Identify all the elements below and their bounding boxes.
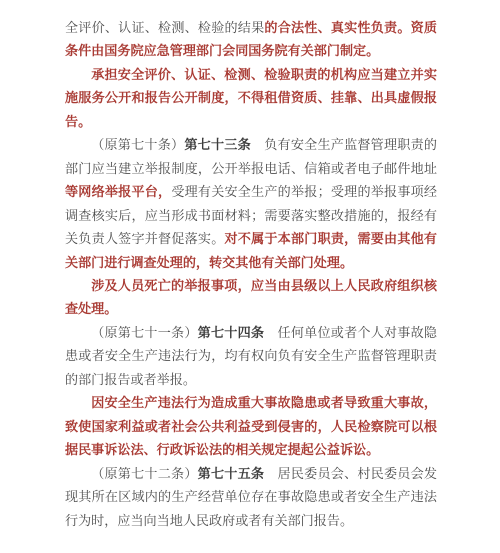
text-segment-amended: 等网络举报平台， <box>65 184 171 199</box>
text-segment-amended: 因安全生产违法行为造成重大事故隐患或者导致重大事故，致使国家利益或者社会公共利益… <box>65 395 437 457</box>
article-number: 第七十四条 <box>198 325 265 340</box>
text-segment-original-number: （原第七十一条） <box>91 325 197 340</box>
article-number: 第七十五条 <box>198 466 265 481</box>
paragraph-continuation-article-72: 全评价、认证、检测、检验的结果的合法性、真实性负责。资质条件由国务院应急管理部门… <box>65 16 437 63</box>
text-segment-amended: 承担安全评价、认证、检测、检验职责的机构应当建立并实施服务公开和报告公开制度，不… <box>65 67 437 129</box>
text-segment-amended: 涉及人员死亡的举报事项，应当由县级以上人民政府组织核查处理。 <box>65 278 437 316</box>
article-number: 第七十三条 <box>184 137 251 152</box>
text-segment-original-number: （原第七十条） <box>91 137 184 152</box>
text-segment: 全评价、认证、检测、检验的结果 <box>65 20 264 35</box>
paragraph-article-75: （原第七十二条）第七十五条 居民委员会、村民委员会发现其所在区域内的生产经营单位… <box>65 462 437 532</box>
paragraph-article-74: （原第七十一条）第七十四条 任何单位或者个人对事故隐患或者安全生产违法行为，均有… <box>65 321 437 391</box>
document-page: 全评价、认证、检测、检验的结果的合法性、真实性负责。资质条件由国务院应急管理部门… <box>0 0 500 553</box>
legal-text-body: 全评价、认证、检测、检验的结果的合法性、真实性负责。资质条件由国务院应急管理部门… <box>65 16 437 532</box>
paragraph-amended-clause: 涉及人员死亡的举报事项，应当由县级以上人民政府组织核查处理。 <box>65 274 437 321</box>
paragraph-amended-clause: 承担安全评价、认证、检测、检验职责的机构应当建立并实施服务公开和报告公开制度，不… <box>65 63 437 133</box>
paragraph-amended-clause: 因安全生产违法行为造成重大事故隐患或者导致重大事故，致使国家利益或者社会公共利益… <box>65 391 437 461</box>
text-segment-original-number: （原第七十二条） <box>91 466 197 481</box>
paragraph-article-73: （原第七十条）第七十三条 负有安全生产监督管理职责的部门应当建立举报制度，公开举… <box>65 133 437 274</box>
